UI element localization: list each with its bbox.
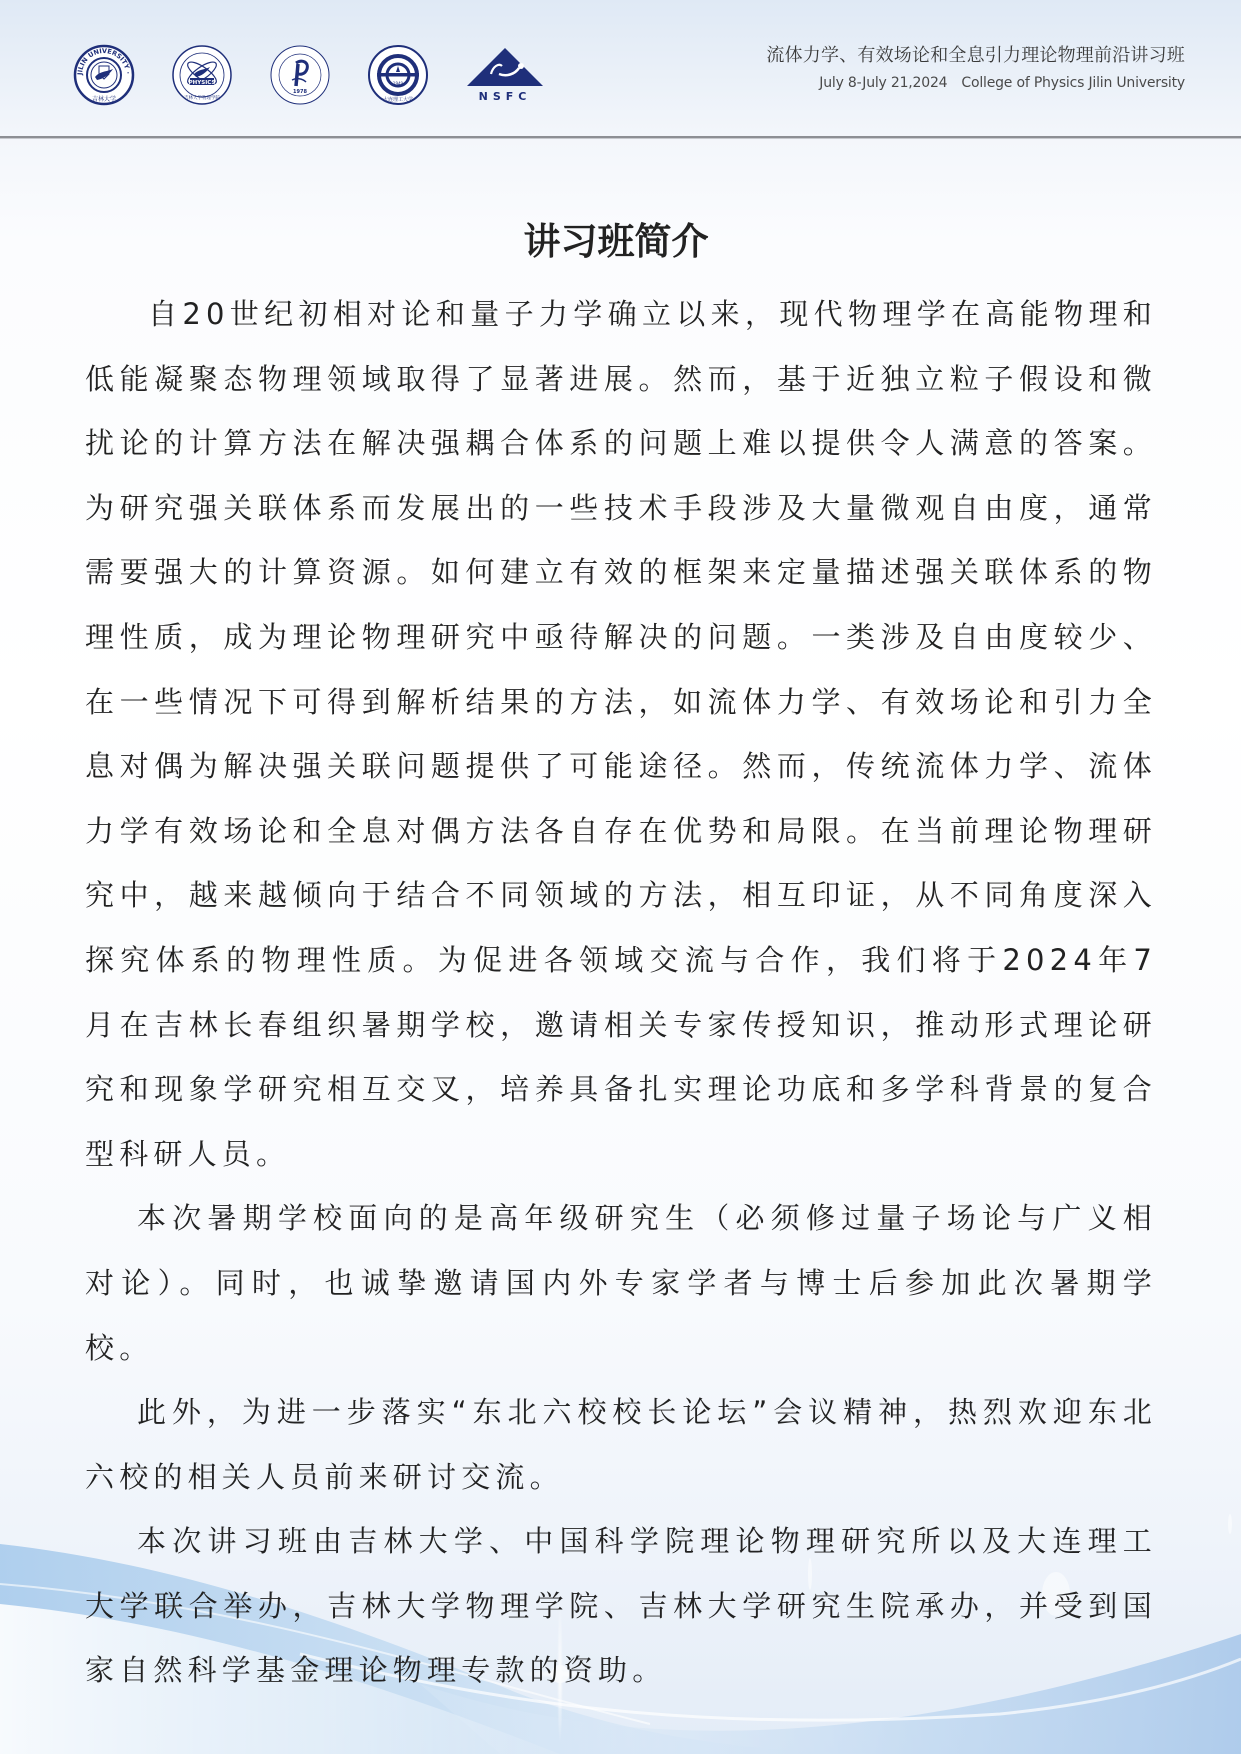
logo-bar: JILIN UNIVERSITY · CHINA 吉林大学 PHYSICS 吉林… (73, 44, 545, 106)
paragraph-organizers: 本次讲习班由吉林大学、中国科学院理论物理研究所以及大连理工大学联合举办，吉林大学… (85, 1509, 1157, 1703)
main-content: 讲习班简介 自20世纪初相对论和量子力学确立以来，现代物理学在高能物理和低能凝聚… (85, 210, 1157, 1703)
svg-text:吉林大学物理学院: 吉林大学物理学院 (184, 94, 220, 101)
nsfc-logo: NSFC (465, 46, 545, 104)
paragraph-audience: 本次暑期学校面向的是高年级研究生（必须修过量子场论与广义相对论）。同时，也诚挚邀… (85, 1186, 1157, 1380)
svg-text:吉林大学: 吉林大学 (92, 95, 116, 103)
dalian-university-of-technology-logo: 1949 大连理工大学 (367, 44, 429, 106)
event-organizer: College of Physics Jilin University (961, 75, 1185, 91)
event-dates: July 8-July 21,2024 (819, 75, 947, 91)
itp-cas-logo: 1978 (269, 44, 331, 106)
college-of-physics-jlu-logo: PHYSICS 吉林大学物理学院 (171, 44, 233, 106)
event-info: 流体力学、有效场论和全息引力理论物理前沿讲习班 July 8-July 21,2… (766, 44, 1185, 92)
paragraph-northeast-schools: 此外，为进一步落实“东北六校校长论坛”会议精神，热烈欢迎东北六校的相关人员前来研… (85, 1380, 1157, 1509)
svg-text:1949: 1949 (393, 81, 404, 86)
svg-text:NSFC: NSFC (479, 90, 532, 103)
paragraph-intro: 自20世纪初相对论和量子力学确立以来，现代物理学在高能物理和低能凝聚态物理领域取… (85, 282, 1157, 1186)
event-subtitle: July 8-July 21,2024College of Physics Ji… (766, 74, 1185, 92)
header-divider (0, 136, 1241, 138)
event-title: 流体力学、有效场论和全息引力理论物理前沿讲习班 (766, 44, 1185, 68)
page-title: 讲习班简介 (75, 210, 1157, 274)
svg-text:大连理工大学: 大连理工大学 (383, 96, 413, 103)
svg-text:PHYSICS: PHYSICS (189, 80, 216, 86)
header: JILIN UNIVERSITY · CHINA 吉林大学 PHYSICS 吉林… (0, 0, 1241, 136)
svg-text:1978: 1978 (293, 89, 307, 95)
jilin-university-logo: JILIN UNIVERSITY · CHINA 吉林大学 (73, 44, 135, 106)
